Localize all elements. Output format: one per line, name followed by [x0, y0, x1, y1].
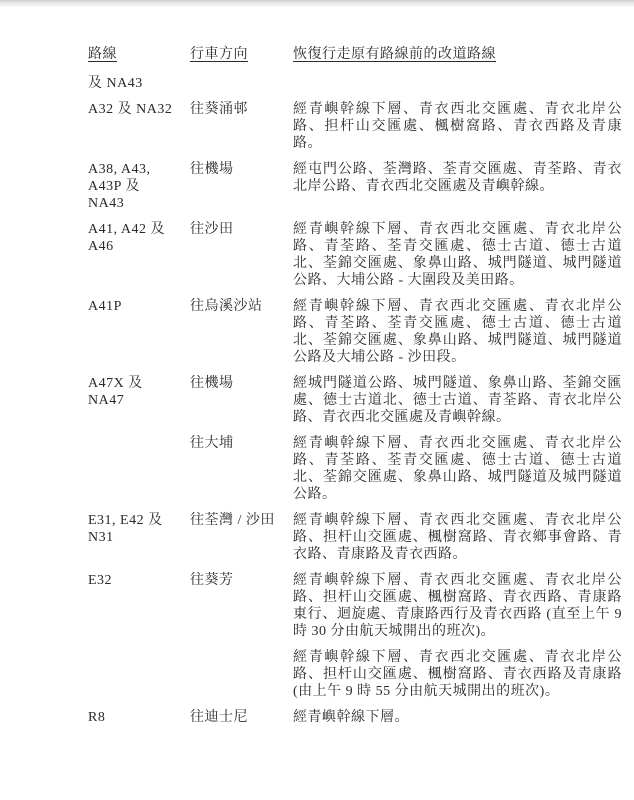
table-row: E31, E42 及 N31 往荃灣 / 沙田 經青嶼幹線下層、青衣西北交匯處、… — [88, 512, 623, 563]
direction-cell: 往葵涌邨 — [190, 101, 293, 118]
table-row: A41, A42 及 A46 往沙田 經青嶼幹線下層、青衣西北交匯處、青衣北岸公… — [88, 221, 623, 289]
diversion-cell: 經青嶼幹線下層、青衣西北交匯處、青衣北岸公路、担杆山交匯處、楓樹窩路、青衣西路、… — [293, 572, 622, 640]
diversion-cell: 經城門隧道公路、城門隧道、象鼻山路、荃錦交匯處、德士古道北、德士古道、青荃路、青… — [293, 375, 622, 426]
route-cell: A41P — [88, 298, 190, 315]
diversion-cell: 經青嶼幹線下層、青衣西北交匯處、青衣北岸公路、担杆山交匯處、楓樹窩路、青衣西路及… — [293, 649, 622, 700]
document-page: 路線 行車方向 恢復行走原有路線前的改道路線 及 NA43 A32 及 NA32… — [0, 0, 634, 800]
route-diversion-table: 路線 行車方向 恢復行走原有路線前的改道路線 及 NA43 A32 及 NA32… — [88, 46, 623, 735]
diversion-cell: 經青嶼幹線下層、青衣西北交匯處、青衣北岸公路、青荃路、荃青交匯處、德士古道、德士… — [293, 298, 622, 366]
direction-cell: 往葵芳 — [190, 572, 293, 589]
table-row: A38, A43, A43P 及 NA43 往機場 經屯門公路、荃灣路、荃青交匯… — [88, 161, 623, 212]
route-cell: E32 — [88, 572, 190, 589]
route-cell: A41, A42 及 A46 — [88, 221, 190, 255]
direction-cell: 往烏溪沙站 — [190, 298, 293, 315]
route-cell: A47X 及 NA47 — [88, 375, 190, 409]
diversion-cell: 經青嶼幹線下層、青衣西北交匯處、青衣北岸公路、青荃路、荃青交匯處、德士古道、德士… — [293, 221, 622, 289]
diversion-cell: 經屯門公路、荃灣路、荃青交匯處、青荃路、青衣北岸公路、青衣西北交匯處及青嶼幹線。 — [293, 161, 622, 195]
diversion-cell: 經青嶼幹線下層、青衣西北交匯處、青衣北岸公路、青荃路、荃青交匯處、德士古道、德士… — [293, 435, 622, 503]
table-row: 及 NA43 — [88, 75, 623, 92]
route-cell: 及 NA43 — [88, 75, 190, 92]
table-row: A47X 及 NA47 往機場 經城門隧道公路、城門隧道、象鼻山路、荃錦交匯處、… — [88, 375, 623, 426]
direction-cell: 往迪士尼 — [190, 709, 293, 726]
table-row: A32 及 NA32 往葵涌邨 經青嶼幹線下層、青衣西北交匯處、青衣北岸公路、担… — [88, 101, 623, 152]
diversion-cell: 經青嶼幹線下層、青衣西北交匯處、青衣北岸公路、担杆山交匯處、楓樹窩路、青衣鄉事會… — [293, 512, 622, 563]
header-direction: 行車方向 — [190, 46, 293, 63]
direction-cell: 往大埔 — [190, 435, 293, 452]
header-route: 路線 — [88, 46, 190, 63]
table-row: 往大埔 經青嶼幹線下層、青衣西北交匯處、青衣北岸公路、青荃路、荃青交匯處、德士古… — [88, 435, 623, 503]
direction-cell: 往機場 — [190, 161, 293, 178]
direction-cell: 往機場 — [190, 375, 293, 392]
table-row: E32 往葵芳 經青嶼幹線下層、青衣西北交匯處、青衣北岸公路、担杆山交匯處、楓樹… — [88, 572, 623, 640]
route-cell: A32 及 NA32 — [88, 101, 190, 118]
table-row: R8 往迪士尼 經青嶼幹線下層。 — [88, 709, 623, 726]
route-cell: E31, E42 及 N31 — [88, 512, 190, 546]
route-cell: R8 — [88, 709, 190, 726]
direction-cell: 往沙田 — [190, 221, 293, 238]
table-row: A41P 往烏溪沙站 經青嶼幹線下層、青衣西北交匯處、青衣北岸公路、青荃路、荃青… — [88, 298, 623, 366]
table-row: 經青嶼幹線下層、青衣西北交匯處、青衣北岸公路、担杆山交匯處、楓樹窩路、青衣西路及… — [88, 649, 623, 700]
direction-cell: 往荃灣 / 沙田 — [190, 512, 293, 529]
diversion-cell: 經青嶼幹線下層、青衣西北交匯處、青衣北岸公路、担杆山交匯處、楓樹窩路、青衣西路及… — [293, 101, 622, 152]
table-header-row: 路線 行車方向 恢復行走原有路線前的改道路線 — [88, 46, 623, 63]
route-cell: A38, A43, A43P 及 NA43 — [88, 161, 190, 212]
header-diversion: 恢復行走原有路線前的改道路線 — [293, 46, 622, 63]
page-top-edge-shadow — [0, 0, 634, 8]
diversion-cell: 經青嶼幹線下層。 — [293, 709, 622, 726]
